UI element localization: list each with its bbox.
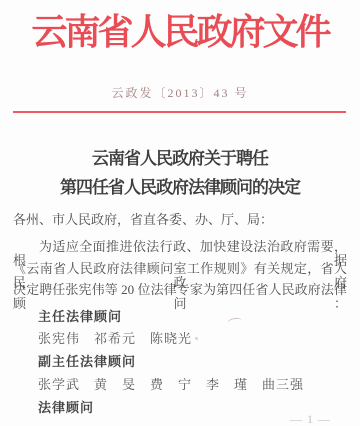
- red-divider-rule: [13, 111, 346, 113]
- section-heading-legal-advisor: 法律顾问: [38, 397, 94, 416]
- scan-pencil-mark: [228, 317, 243, 326]
- document-title-line-2: 第四任省人民政府法律顾问的决定: [0, 173, 360, 202]
- document-number: 云政发〔2013〕43 号: [0, 84, 360, 101]
- scan-speck: [195, 337, 198, 340]
- names-chief-legal-advisors: 张宪伟 祁希元 陈晓光: [38, 328, 192, 347]
- document-title: 云南省人民政府关于聘任 第四任省人民政府法律顾问的决定: [0, 144, 360, 202]
- scanned-government-document: 云南省人民政府文件 云政发〔2013〕43 号 云南省人民政府关于聘任 第四任省…: [0, 0, 360, 426]
- names-deputy-chief-legal-advisors: 张学武 黄 旻 费 宁 李 瑾 曲三强: [38, 374, 304, 393]
- document-header-title: 云南省人民政府文件: [0, 4, 360, 55]
- document-title-line-1: 云南省人民政府关于聘任: [0, 144, 360, 173]
- page-number: — 1 —: [290, 412, 331, 426]
- section-heading-deputy-chief-legal-advisor: 副主任法律顾问: [38, 351, 136, 370]
- salutation-line: 各州、市人民政府，省直各委、办、厅、局：: [13, 213, 347, 227]
- section-heading-chief-legal-advisor: 主任法律顾问: [38, 306, 122, 325]
